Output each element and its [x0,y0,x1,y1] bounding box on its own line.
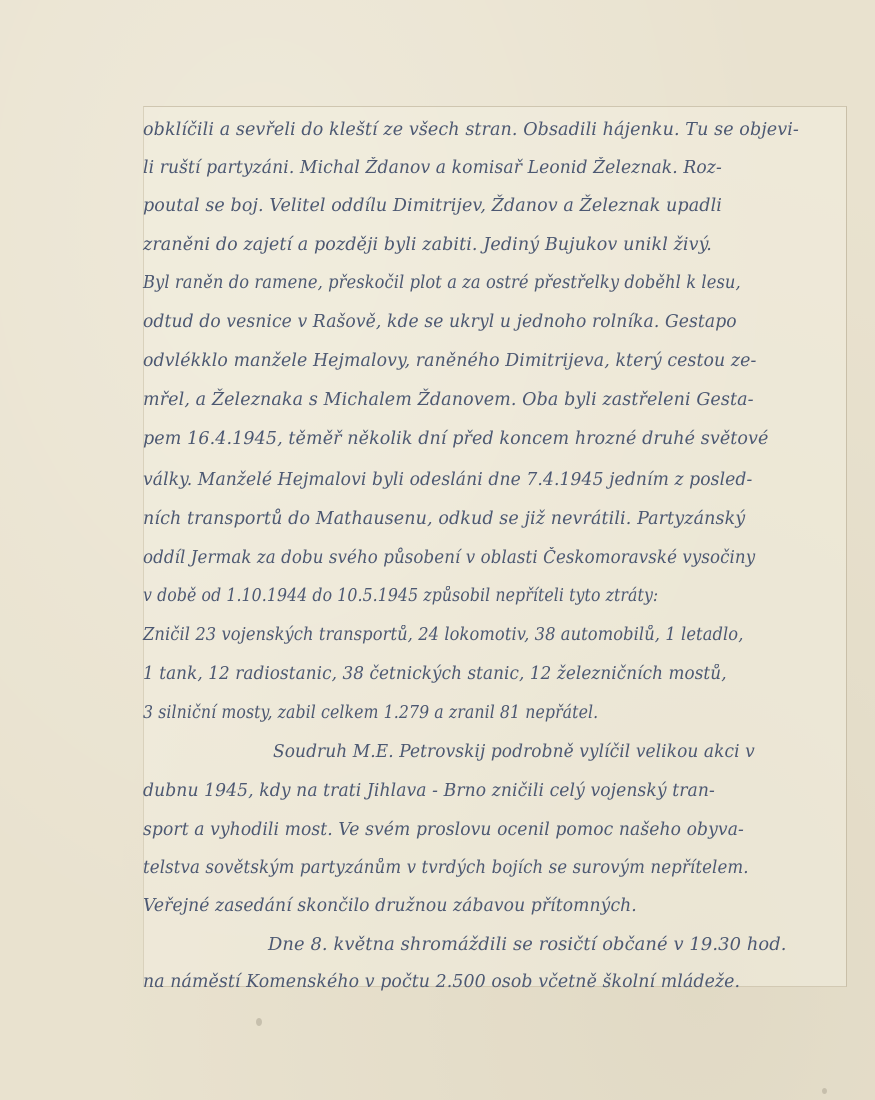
text-line: poutal se boj. Velitel oddílu Dimitrijev… [143,196,722,216]
text-line: Dne 8. května shromáždili se rosičtí obč… [268,935,787,955]
text-line: mřel, a Železnaka s Michalem Ždanovem. O… [143,390,754,410]
paper-speck [256,1018,262,1026]
text-line: Byl raněn do ramene, přeskočil plot a za… [143,273,741,293]
text-line: 3 silniční mosty, zabil celkem 1.279 a z… [143,703,598,723]
text-line: telstva sovětským partyzánům v tvrdých b… [143,858,749,878]
text-line: sport a vyhodili most. Ve svém proslovu … [143,820,744,840]
text-line: li ruští partyzáni. Michal Ždanov a komi… [143,158,722,178]
text-line: dubnu 1945, kdy na trati Jihlava - Brno … [143,781,715,801]
text-line: na náměstí Komenského v počtu 2.500 osob… [143,972,740,992]
text-line: oddíl Jermak za dobu svého působení v ob… [143,548,755,568]
text-line: odtud do vesnice v Rašově, kde se ukryl … [143,312,737,332]
text-line: Zničil 23 vojenských transportů, 24 loko… [143,625,743,645]
text-line: pem 16.4.1945, těměř několik dní před ko… [143,429,769,449]
paper-speck [822,1088,827,1094]
text-line: odvlékklo manžele Hejmalovy, raněného Di… [143,351,756,371]
text-line: Soudruh M.E. Petrovskij podrobně vylíčil… [273,742,755,762]
text-line: v době od 1.10.1944 do 10.5.1945 způsobi… [143,586,658,606]
text-line: války. Manželé Hejmalovi byli odesláni d… [143,470,752,490]
text-line: ních transportů do Mathausenu, odkud se … [143,509,745,529]
text-line: Veřejné zasedání skončilo družnou zábavo… [143,896,637,916]
text-line: zraněni do zajetí a později byli zabiti.… [143,235,712,255]
text-line: obklíčili a sevřeli do kleští ze všech s… [143,120,799,140]
text-line: 1 tank, 12 radiostanic, 38 četnických st… [143,664,727,684]
